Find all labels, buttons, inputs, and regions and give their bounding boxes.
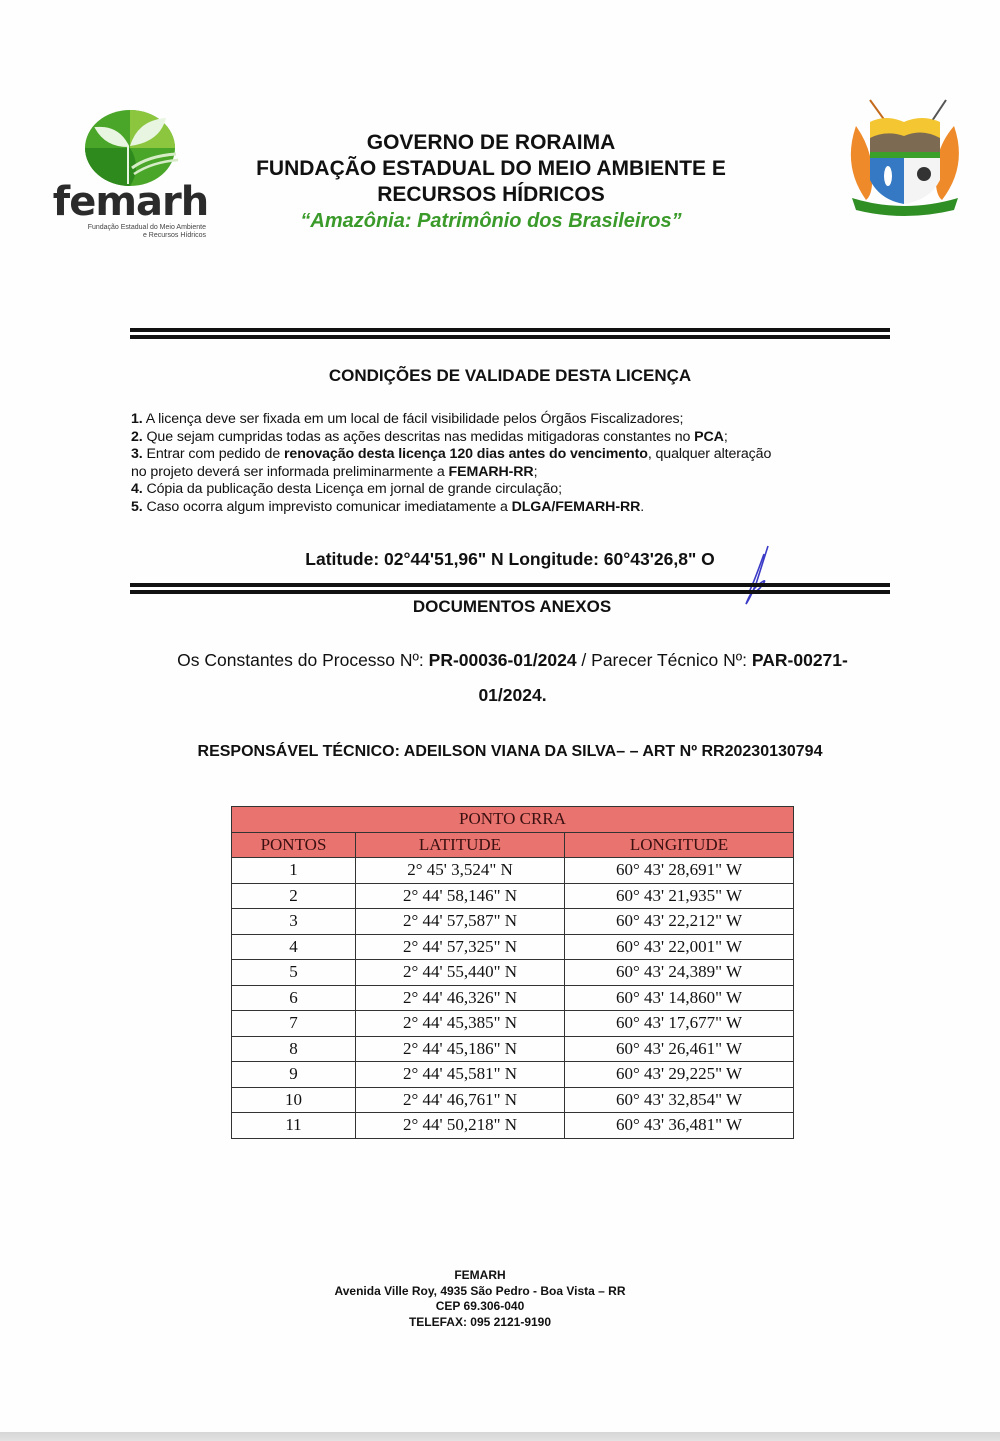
table-row: 32° 44' 57,587" N60° 43' 22,212" W: [232, 909, 794, 935]
roraima-coat-of-arms: [836, 96, 972, 220]
point-latitude: 2° 44' 55,440" N: [356, 960, 565, 986]
process-number: PR-00036-01/2024: [429, 650, 577, 670]
point-longitude: 60° 43' 28,691" W: [565, 858, 794, 884]
condition-item: 2. Que sejam cumpridas todas as ações de…: [131, 429, 901, 447]
point-latitude: 2° 45' 3,524" N: [356, 858, 565, 884]
point-number: 2: [232, 883, 356, 909]
table-row: 72° 44' 45,385" N60° 43' 17,677" W: [232, 1011, 794, 1037]
condition-text: , qualquer alteração: [648, 446, 771, 462]
condition-number: 4.: [131, 481, 143, 497]
point-number: 7: [232, 1011, 356, 1037]
point-number: 8: [232, 1036, 356, 1062]
condition-item: 3. Entrar com pedido de renovação desta …: [131, 446, 901, 464]
point-latitude: 2° 44' 50,218" N: [356, 1113, 565, 1139]
condition-text: Entrar com pedido de: [143, 446, 284, 462]
condition-text: FEMARH-RR: [449, 464, 534, 480]
table-row: 62° 44' 46,326" N60° 43' 14,860" W: [232, 985, 794, 1011]
condition-text: Que sejam cumpridas todas as ações descr…: [143, 429, 695, 445]
table-row: 102° 44' 46,761" N60° 43' 32,854" W: [232, 1087, 794, 1113]
double-rule-top: [130, 328, 890, 340]
condition-number: 2.: [131, 429, 143, 445]
conditions-list: 1. A licença deve ser fixada em um local…: [131, 411, 901, 517]
condition-text: .: [640, 499, 644, 515]
condition-item: no projeto deverá ser informada prelimin…: [131, 464, 901, 482]
header-government: GOVERNO DE RORAIMA: [200, 130, 782, 156]
condition-item: 5. Caso ocorra algum imprevisto comunica…: [131, 499, 901, 517]
point-number: 9: [232, 1062, 356, 1088]
point-latitude: 2° 44' 46,326" N: [356, 985, 565, 1011]
condition-number: 5.: [131, 499, 143, 515]
table-row: 112° 44' 50,218" N60° 43' 36,481" W: [232, 1113, 794, 1139]
column-header-latitude: LATITUDE: [356, 832, 565, 858]
condition-text: renovação desta licença 120 dias antes d…: [284, 446, 648, 462]
table-row: 42° 44' 57,325" N60° 43' 22,001" W: [232, 934, 794, 960]
logo-subtitle-line1: Fundação Estadual do Meio Ambiente: [50, 224, 206, 232]
femarh-logo: femarh Fundação Estadual do Meio Ambient…: [48, 106, 213, 246]
condition-number: 1.: [131, 411, 143, 427]
point-latitude: 2° 44' 58,146" N: [356, 883, 565, 909]
point-number: 10: [232, 1087, 356, 1113]
conditions-title: CONDIÇÕES DE VALIDADE DESTA LICENÇA: [130, 366, 890, 386]
condition-text: no projeto deverá ser informada prelimin…: [131, 464, 449, 480]
points-table-body: 12° 45' 3,524" N60° 43' 28,691" W22° 44'…: [232, 858, 794, 1139]
documents-title: DOCUMENTOS ANEXOS: [130, 597, 894, 617]
header-foundation: FUNDAÇÃO ESTADUAL DO MEIO AMBIENTE E: [200, 156, 782, 182]
point-longitude: 60° 43' 14,860" W: [565, 985, 794, 1011]
point-longitude: 60° 43' 32,854" W: [565, 1087, 794, 1113]
logo-subtitle-line2: e Recursos Hídricos: [50, 232, 206, 240]
coat-of-arms-icon: [836, 96, 972, 220]
point-number: 5: [232, 960, 356, 986]
double-rule-middle: [130, 583, 890, 595]
point-longitude: 60° 43' 21,935" W: [565, 883, 794, 909]
point-longitude: 60° 43' 22,212" W: [565, 909, 794, 935]
table-row: 52° 44' 55,440" N60° 43' 24,389" W: [232, 960, 794, 986]
condition-text: DLGA/FEMARH-RR: [512, 499, 641, 515]
header-foundation-cont: RECURSOS HÍDRICOS: [200, 182, 782, 208]
viewer-bottom-edge: [0, 1432, 1000, 1441]
points-table: PONTO CRRA PONTOS LATITUDE LONGITUDE 12°…: [231, 806, 794, 1139]
process-reference: Os Constantes do Processo Nº: PR-00036-0…: [150, 643, 875, 713]
point-latitude: 2° 44' 45,385" N: [356, 1011, 565, 1037]
document-header: GOVERNO DE RORAIMA FUNDAÇÃO ESTADUAL DO …: [200, 130, 782, 234]
point-number: 4: [232, 934, 356, 960]
point-latitude: 2° 44' 45,581" N: [356, 1062, 565, 1088]
leaf-sprout-icon: [48, 106, 213, 186]
point-longitude: 60° 43' 24,389" W: [565, 960, 794, 986]
condition-text: A licença deve ser fixada em um local de…: [143, 411, 684, 427]
condition-text: ;: [724, 429, 728, 445]
point-longitude: 60° 43' 36,481" W: [565, 1113, 794, 1139]
condition-text: PCA: [694, 429, 724, 445]
column-header-pontos: PONTOS: [232, 832, 356, 858]
condition-item: 1. A licença deve ser fixada em um local…: [131, 411, 901, 429]
footer-org: FEMARH: [300, 1268, 660, 1284]
point-latitude: 2° 44' 57,587" N: [356, 909, 565, 935]
point-latitude: 2° 44' 46,761" N: [356, 1087, 565, 1113]
document-footer: FEMARH Avenida Ville Roy, 4935 São Pedro…: [300, 1268, 660, 1330]
condition-item: 4. Cópia da publicação desta Licença em …: [131, 481, 901, 499]
point-number: 3: [232, 909, 356, 935]
condition-text: Caso ocorra algum imprevisto comunicar i…: [143, 499, 512, 515]
logo-subtitle: Fundação Estadual do Meio Ambiente e Rec…: [50, 224, 206, 240]
column-header-longitude: LONGITUDE: [565, 832, 794, 858]
parecer-prefix: / Parecer Técnico Nº:: [577, 650, 752, 670]
technical-responsible: RESPONSÁVEL TÉCNICO: ADEILSON VIANA DA S…: [130, 743, 890, 761]
condition-number: 3.: [131, 446, 143, 462]
point-longitude: 60° 43' 29,225" W: [565, 1062, 794, 1088]
footer-telefax: TELEFAX: 095 2121-9190: [300, 1315, 660, 1331]
logo-wordmark: femarh: [48, 182, 213, 222]
footer-address: Avenida Ville Roy, 4935 São Pedro - Boa …: [300, 1284, 660, 1300]
point-number: 6: [232, 985, 356, 1011]
condition-text: ;: [534, 464, 538, 480]
header-motto: “Amazônia: Patrimônio dos Brasileiros”: [200, 208, 782, 234]
footer-postal-code: CEP 69.306-040: [300, 1299, 660, 1315]
point-latitude: 2° 44' 57,325" N: [356, 934, 565, 960]
table-title: PONTO CRRA: [232, 807, 794, 833]
table-row: 22° 44' 58,146" N60° 43' 21,935" W: [232, 883, 794, 909]
point-latitude: 2° 44' 45,186" N: [356, 1036, 565, 1062]
condition-text: Cópia da publicação desta Licença em jor…: [143, 481, 562, 497]
document-page: femarh Fundação Estadual do Meio Ambient…: [0, 0, 1000, 1432]
point-longitude: 60° 43' 22,001" W: [565, 934, 794, 960]
process-prefix: Os Constantes do Processo Nº:: [177, 650, 429, 670]
point-number: 11: [232, 1113, 356, 1139]
point-longitude: 60° 43' 17,677" W: [565, 1011, 794, 1037]
table-row: 12° 45' 3,524" N60° 43' 28,691" W: [232, 858, 794, 884]
table-row: 92° 44' 45,581" N60° 43' 29,225" W: [232, 1062, 794, 1088]
point-longitude: 60° 43' 26,461" W: [565, 1036, 794, 1062]
table-row: 82° 44' 45,186" N60° 43' 26,461" W: [232, 1036, 794, 1062]
point-number: 1: [232, 858, 356, 884]
